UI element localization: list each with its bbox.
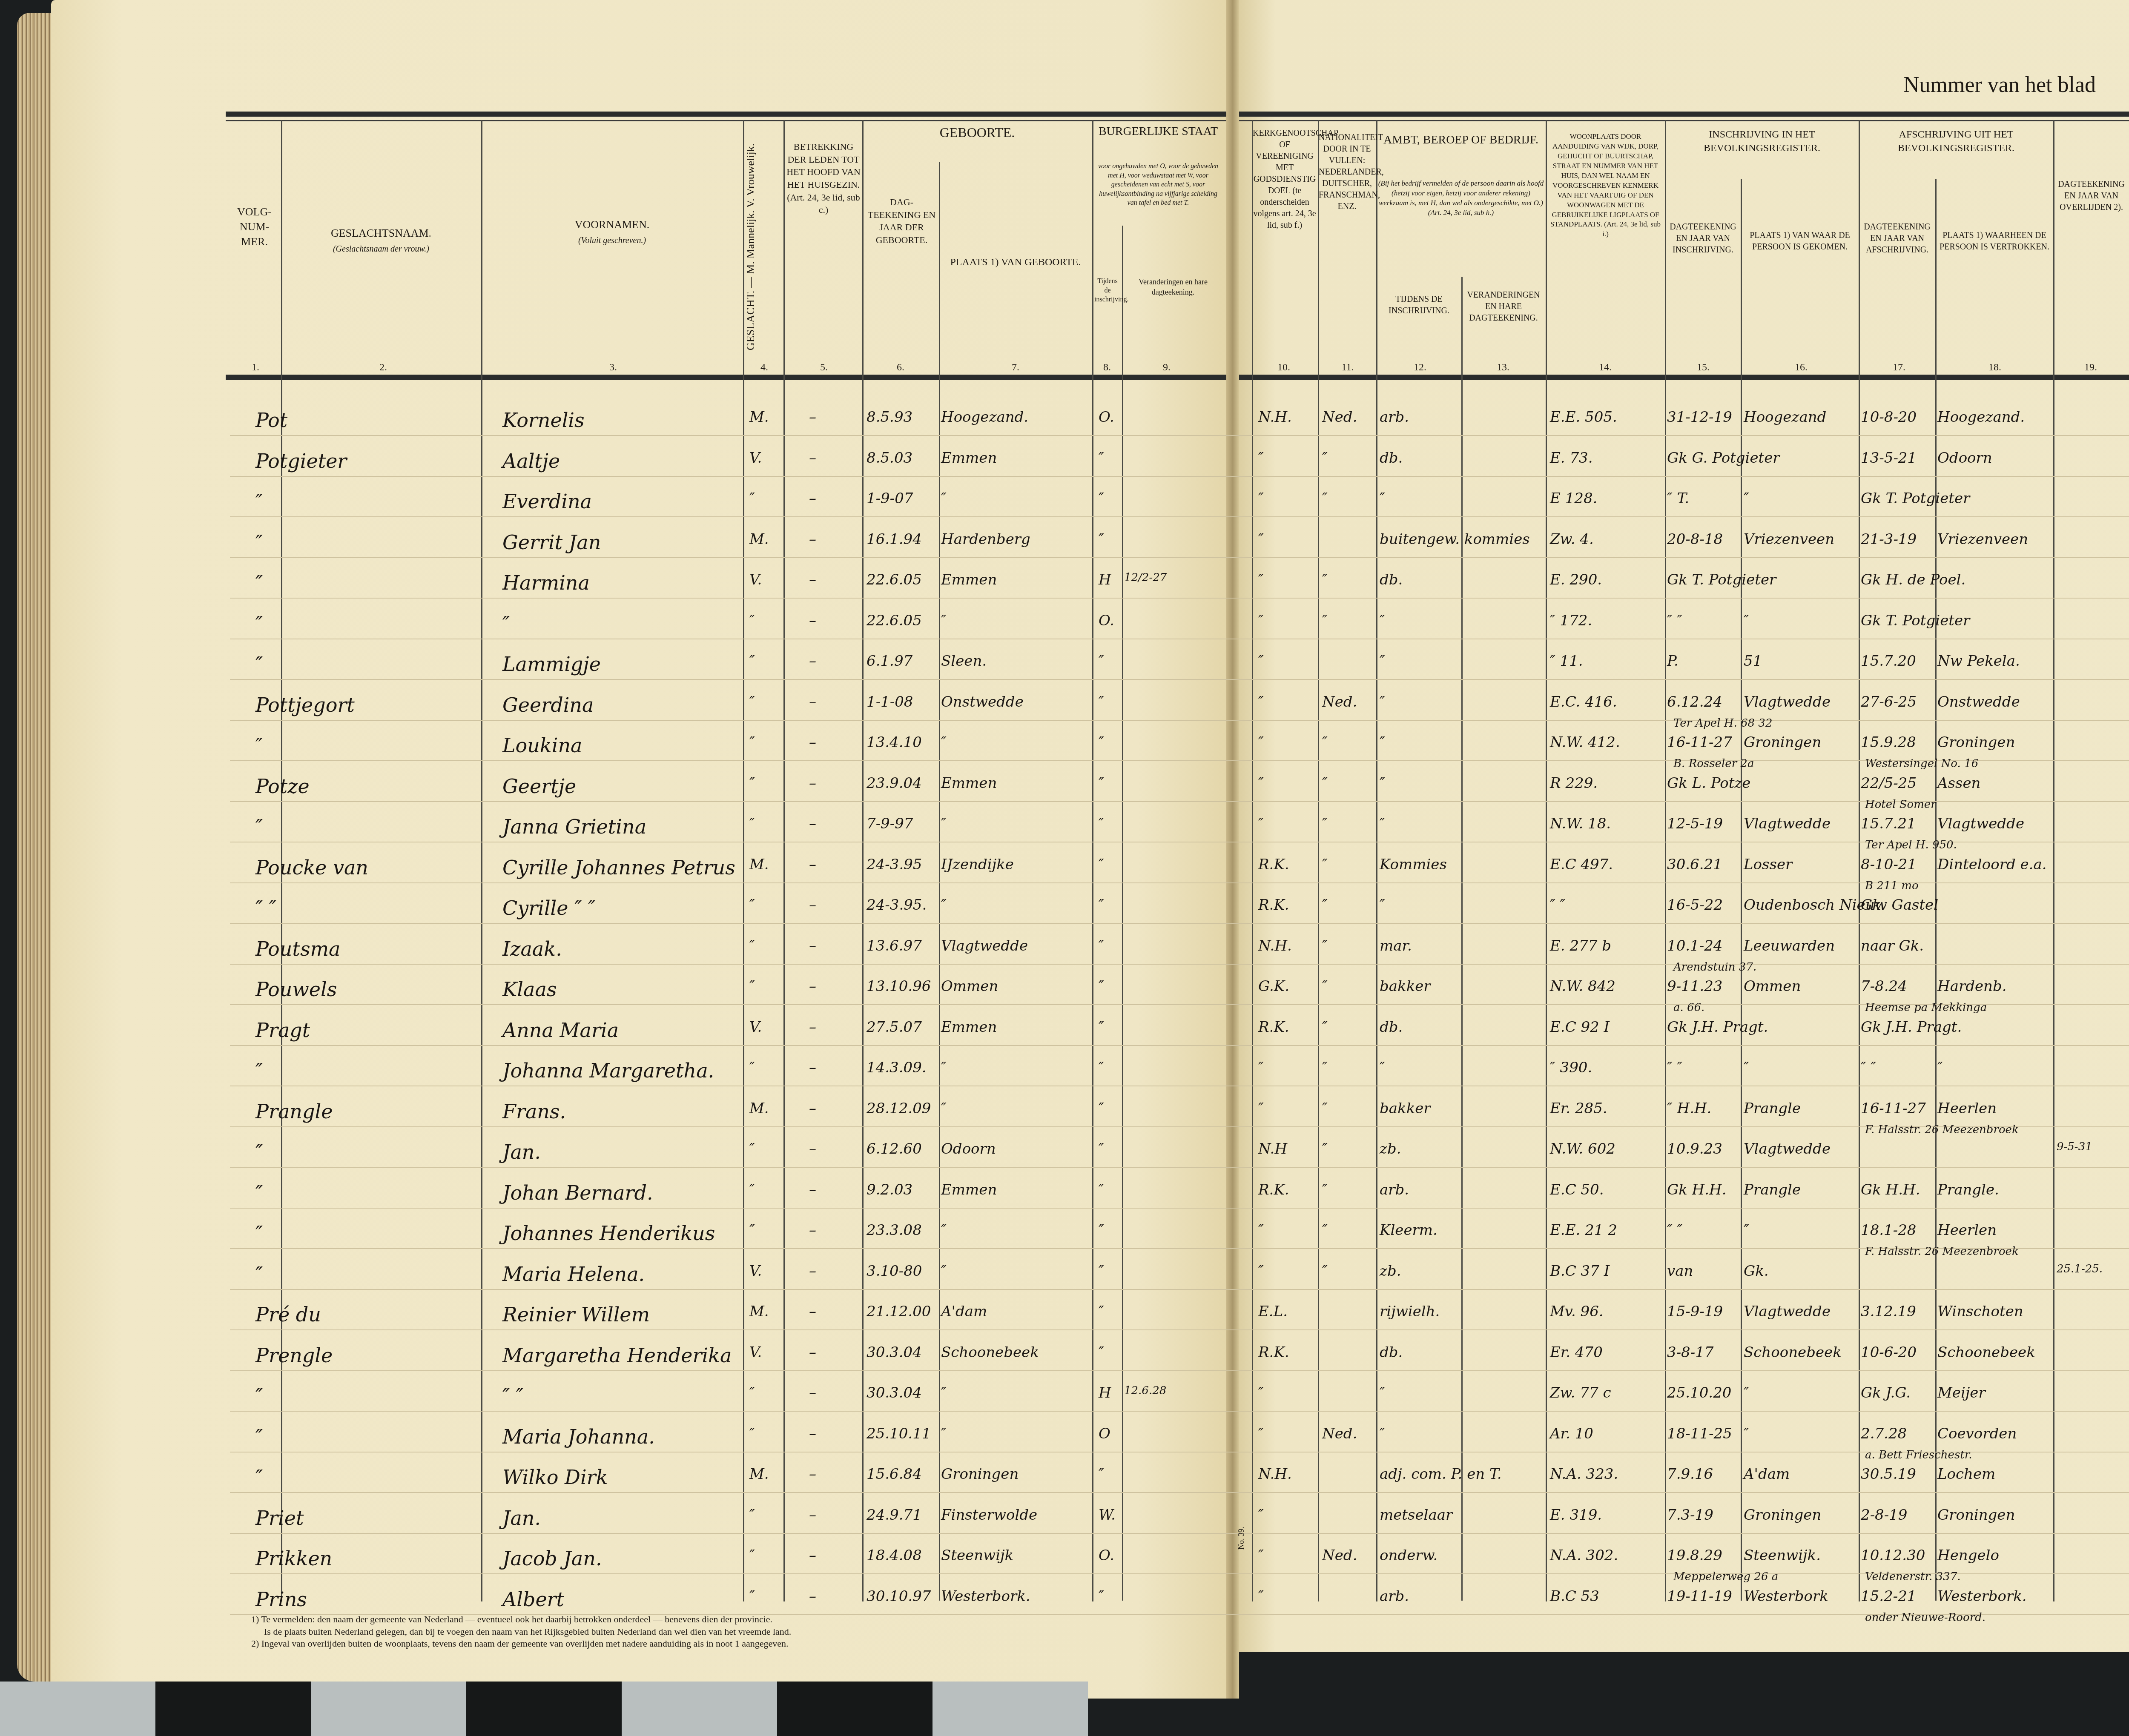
cell-rel: – — [809, 1019, 816, 1036]
cell-civ: ″ — [1099, 653, 1104, 670]
cell-nat: ″ — [1322, 815, 1328, 832]
cell-address: E. 290. — [1550, 571, 1602, 588]
cell-occ: ″ — [1380, 1059, 1385, 1076]
cell-in-from: Vlagtwedde — [1744, 1303, 1831, 1320]
cell-out-to: Nw Pekela. — [1937, 653, 2020, 670]
cell-surname: Prins — [255, 1588, 307, 1611]
cell-sex: M. — [749, 531, 769, 548]
cell-church: ″ — [1258, 1059, 1264, 1076]
cell-occ: db. — [1380, 571, 1403, 588]
cell-in-note: Meppelerweg 26 a — [1673, 1570, 1778, 1583]
cell-first: Jacob Jan. — [502, 1547, 602, 1570]
col-number: 5. — [807, 362, 841, 373]
col-number: 19. — [2074, 362, 2108, 373]
cell-in-from: Hoogezand — [1744, 409, 1826, 426]
cell-sex: ″ — [749, 1425, 755, 1442]
col-number: 2. — [366, 362, 400, 373]
cell-sex: ″ — [749, 1507, 755, 1524]
cell-surname: ″ — [255, 1466, 263, 1489]
cell-civ-change: 12/2-27 — [1124, 571, 1167, 584]
col-divider — [481, 120, 482, 1601]
cell-in-date: ″ T. — [1667, 490, 1689, 507]
header-woonplaats: WOONPLAATS DOOR AANDUIDING VAN WIJK, DOR… — [1547, 132, 1664, 239]
cell-sex: ″ — [749, 490, 755, 507]
header-geslacht: GESLACHT. — M. Mannelijk. V. Vrouwelijk. — [743, 128, 783, 366]
col-divider — [1092, 120, 1093, 1601]
cell-nat: ″ — [1322, 856, 1328, 873]
cell-out-to: Vriezenveen — [1937, 531, 2028, 548]
cell-address: N.A. 302. — [1550, 1547, 1618, 1564]
cell-church: ″ — [1258, 1425, 1264, 1442]
cell-rel: – — [809, 1588, 816, 1605]
cell-out-to: Dinteloord e.a. — [1937, 856, 2046, 873]
cell-nat: ″ — [1322, 1263, 1328, 1280]
cell-sex: ″ — [749, 775, 755, 792]
cell-civ: ″ — [1099, 1303, 1104, 1320]
cell-out-date: ″ ″ — [1861, 1059, 1876, 1076]
cell-in-from: Vlagtwedde — [1744, 815, 1831, 832]
cell-out-note: onder Nieuwe-Roord. — [1865, 1611, 1986, 1624]
row-ruling — [230, 1248, 2129, 1249]
cell-surname: ″ — [255, 1263, 263, 1286]
row-ruling — [230, 1086, 2129, 1086]
col-divider — [1741, 179, 1742, 1601]
cell-occ: adj. com. P. en T. — [1380, 1466, 1501, 1483]
cell-civ: ″ — [1099, 815, 1104, 832]
col-divider — [1546, 120, 1547, 1601]
cell-surname: ″ — [255, 815, 263, 838]
cell-occ: arb. — [1380, 409, 1409, 426]
cell-out-note: F. Halsstr. 26 Meezenbroek — [1865, 1245, 2019, 1258]
cell-surname: Priet — [255, 1507, 304, 1530]
cell-out-date: 13-5-21 — [1861, 450, 1917, 467]
cell-out-date: naar Gk. — [1861, 937, 1924, 954]
cell-bdate: 21.12.00 — [867, 1303, 931, 1320]
cell-civ: O. — [1099, 409, 1114, 426]
cell-church: ″ — [1258, 1507, 1264, 1524]
cell-bplace: ″ — [941, 1384, 947, 1401]
cell-address: ″ 11. — [1550, 653, 1583, 670]
cell-bplace: ″ — [941, 1222, 947, 1239]
cell-civ: ″ — [1099, 1019, 1104, 1036]
cell-civ: ″ — [1099, 1222, 1104, 1239]
cell-sex: V. — [749, 571, 762, 588]
cell-in-from: Ommen — [1744, 978, 1801, 995]
cell-occ: ″ — [1380, 897, 1385, 914]
cell-out-date: 18.1-28 — [1861, 1222, 1916, 1239]
cell-sex: ″ — [749, 978, 755, 995]
cell-in-note: a. 66. — [1673, 1001, 1704, 1014]
cell-nat: Ned. — [1322, 409, 1357, 426]
cell-bplace: ″ — [941, 734, 947, 751]
cell-out-to: Vlagtwedde — [1937, 815, 2024, 832]
cell-sex: V. — [749, 1019, 762, 1036]
cell-civ: ″ — [1099, 897, 1104, 914]
cell-out-note: F. Halsstr. 26 Meezenbroek — [1865, 1123, 2019, 1136]
cell-in-date: Gk J.H. Pragt. — [1667, 1019, 1768, 1036]
cell-occ: ″ — [1380, 693, 1385, 710]
cell-address: N.W. 842 — [1550, 978, 1615, 995]
cell-surname: Pot — [255, 409, 287, 432]
cell-first: Albert — [502, 1588, 564, 1611]
cell-bplace: ″ — [941, 1100, 947, 1117]
col-divider — [783, 120, 785, 1601]
cell-civ: H — [1099, 1384, 1111, 1401]
cell-first: Jan. — [502, 1507, 541, 1530]
col-divider — [1935, 179, 1937, 1601]
cell-died: 25.1-25. — [2057, 1263, 2103, 1275]
cell-bdate: 9.2.03 — [867, 1181, 912, 1198]
cell-church: ″ — [1258, 775, 1264, 792]
row-ruling — [230, 720, 2129, 721]
col-divider — [2053, 120, 2054, 1601]
col-number: 16. — [1784, 362, 1818, 373]
cell-address: N.A. 323. — [1550, 1466, 1618, 1483]
cell-rel: – — [809, 450, 816, 467]
header-geboorte-plaats: PLAATS 1) VAN GEBOORTE. — [941, 255, 1090, 269]
row-ruling — [230, 1370, 2129, 1371]
cell-out-to: Groningen — [1937, 734, 2015, 751]
cell-bdate: 1-9-07 — [867, 490, 913, 507]
cell-civ: ″ — [1099, 1181, 1104, 1198]
cell-address: E.C 50. — [1550, 1181, 1604, 1198]
cell-bplace: Sleen. — [941, 653, 987, 670]
cell-surname: ″ — [255, 734, 263, 757]
col-number: 13. — [1486, 362, 1520, 373]
cell-civ: O — [1099, 1425, 1110, 1442]
cell-occ: ″ — [1380, 1384, 1385, 1401]
cell-out-date: 27-6-25 — [1861, 693, 1917, 710]
cell-civ: O. — [1099, 1547, 1114, 1564]
cell-surname: ″ ″ — [255, 897, 276, 920]
cell-surname: Prengle — [255, 1344, 333, 1367]
cell-in-from: ″ — [1744, 1384, 1749, 1401]
cell-in-date: 15-9-19 — [1667, 1303, 1723, 1320]
cell-out-date: 30.5.19 — [1861, 1466, 1916, 1483]
cell-first: ″ ″ — [502, 1384, 523, 1407]
cell-first: Johannes Henderikus — [502, 1222, 715, 1245]
cell-rel: – — [809, 937, 816, 954]
cell-out-note: Ter Apel H. 950. — [1865, 839, 1957, 851]
cell-out-date: 15.2-21 — [1861, 1588, 1916, 1605]
cell-first: Wilko Dirk — [502, 1466, 608, 1489]
cell-occ: db. — [1380, 1344, 1403, 1361]
header-kerkgenootschap: KERKGENOOTSCHAP OF VEREENIGING MET GODSD… — [1253, 128, 1317, 231]
row-ruling — [230, 842, 2129, 842]
row-ruling — [230, 923, 2129, 924]
cell-in-date: 19-11-19 — [1667, 1588, 1732, 1605]
cell-in-date: 7.3-19 — [1667, 1507, 1713, 1524]
header-volgnummer: VOLG-NUM-MER. — [230, 204, 279, 249]
cell-occ: buitengew. kommies — [1380, 531, 1530, 548]
cell-bplace: Vlagtwedde — [941, 937, 1028, 954]
cell-nat: Ned. — [1322, 693, 1357, 710]
cell-died: 9-5-31 — [2057, 1140, 2092, 1153]
cell-in-from: Prangle — [1744, 1100, 1801, 1117]
cell-bplace: ″ — [941, 1059, 947, 1076]
cell-surname: Poutsma — [255, 937, 341, 960]
cell-in-from: ″ — [1744, 490, 1749, 507]
cell-rel: – — [809, 1384, 816, 1401]
cell-out-date: 15.7.20 — [1861, 653, 1916, 670]
cell-surname: ″ — [255, 653, 263, 676]
cell-church: E.L. — [1258, 1303, 1288, 1320]
cell-civ: ″ — [1099, 1344, 1104, 1361]
col-divider — [1859, 120, 1860, 1601]
cell-church: N.H. — [1258, 1466, 1292, 1483]
cell-first: Reinier Willem — [502, 1303, 650, 1326]
cell-sex: V. — [749, 1344, 762, 1361]
row-ruling — [230, 1492, 2129, 1493]
cell-civ-change: 12.6.28 — [1124, 1384, 1166, 1397]
row-ruling — [230, 1533, 2129, 1534]
cell-in-from: Gk. — [1744, 1263, 1769, 1280]
cell-in-date: 30.6.21 — [1667, 856, 1722, 873]
cell-bdate: 15.6.84 — [867, 1466, 922, 1483]
cell-occ: ″ — [1380, 1425, 1385, 1442]
cell-civ: ″ — [1099, 1140, 1104, 1157]
cell-occ: mar. — [1380, 937, 1412, 954]
cell-bplace: Hardenberg — [941, 531, 1030, 548]
col-number: 10. — [1267, 362, 1301, 373]
footnote-1: 1) Te vermelden: den naam der gemeente v… — [251, 1613, 791, 1626]
cell-rel: – — [809, 734, 816, 751]
cell-out-date: 22/5-25 — [1861, 775, 1917, 792]
cell-bdate: 13.6.97 — [867, 937, 922, 954]
header-burgerlijke-staat-note: voor ongehuwden met O, voor de gehuwden … — [1094, 162, 1222, 208]
cell-bdate: 13.4.10 — [867, 734, 922, 751]
cell-bdate: 28.12.09 — [867, 1100, 931, 1117]
cell-in-from: Groningen — [1744, 1507, 1821, 1524]
cell-in-from: Losser — [1744, 856, 1792, 873]
cell-nat: ″ — [1322, 1059, 1328, 1076]
cell-in-from: Oudenbosch Nieuw Gastel — [1744, 897, 1938, 914]
cell-civ: ″ — [1099, 693, 1104, 710]
cell-out-note: B 211 mo — [1865, 879, 1919, 892]
row-ruling — [230, 516, 2129, 517]
cell-in-from: 51 — [1744, 653, 1762, 670]
cell-in-date: Gk H.H. — [1667, 1181, 1727, 1198]
cell-bplace: Emmen — [941, 571, 997, 588]
cell-civ: ″ — [1099, 1588, 1104, 1605]
cell-first: Everdina — [502, 490, 592, 513]
cell-bdate: 27.5.07 — [867, 1019, 922, 1036]
cell-bplace: ″ — [941, 490, 947, 507]
book-spine — [1226, 0, 1239, 1699]
cell-address: R 229. — [1550, 775, 1598, 792]
cell-church: ″ — [1258, 1263, 1264, 1280]
cell-occ: onderw. — [1380, 1547, 1438, 1564]
row-ruling — [230, 1329, 2129, 1330]
cell-in-from: ″ — [1744, 1059, 1749, 1076]
cell-in-from: Westerbork — [1744, 1588, 1828, 1605]
cell-occ: zb. — [1380, 1263, 1401, 1280]
cell-sex: ″ — [749, 1181, 755, 1198]
cell-surname: Pottjegort — [255, 693, 355, 716]
cell-rel: – — [809, 856, 816, 873]
cell-address: E.C. 416. — [1550, 693, 1617, 710]
cell-bplace: Emmen — [941, 1019, 997, 1036]
cell-surname: ″ — [255, 1425, 263, 1448]
cell-rel: – — [809, 490, 816, 507]
cell-address: E 128. — [1550, 490, 1597, 507]
cell-out-to: Coevorden — [1937, 1425, 2017, 1442]
header-voornamen: VOORNAMEN.(Voluit geschreven.) — [483, 217, 741, 247]
row-ruling — [230, 1573, 2129, 1574]
cell-first: Lammigje — [502, 653, 601, 676]
cell-address: E. 319. — [1550, 1507, 1602, 1524]
cell-bplace: ″ — [941, 815, 947, 832]
row-ruling — [230, 1208, 2129, 1209]
header-overlijden: DAGTEEKENING EN JAAR VAN OVERLIJDEN 2). — [2054, 179, 2128, 213]
cell-rel: – — [809, 1547, 816, 1564]
cell-bplace: Ommen — [941, 978, 998, 995]
cell-in-date: ″ ″ — [1667, 612, 1682, 629]
cell-rel: – — [809, 1059, 816, 1076]
cell-civ: O. — [1099, 612, 1114, 629]
cell-rel: – — [809, 815, 816, 832]
cell-out-note: Hotel Somer — [1865, 798, 1936, 811]
cell-in-date: ″ ″ — [1667, 1222, 1682, 1239]
header-rule-top-right — [1239, 112, 2129, 117]
cell-out-date: Gk J.H. Pragt. — [1861, 1019, 1962, 1036]
cell-surname: Potze — [255, 775, 310, 798]
cell-surname: Potgieter — [255, 450, 347, 473]
cell-church: N.H — [1258, 1140, 1287, 1157]
cell-bplace: ″ — [941, 897, 947, 914]
row-ruling — [230, 1167, 2129, 1168]
row-ruling — [230, 801, 2129, 802]
cell-civ: ″ — [1099, 1100, 1104, 1117]
cell-bdate: 22.6.05 — [867, 612, 922, 629]
header-burgerlijke-staat: BURGERLIJKE STAAT — [1094, 123, 1222, 140]
cell-civ: ″ — [1099, 734, 1104, 751]
cell-bdate: 30.3.04 — [867, 1344, 922, 1361]
cell-in-date: 9-11.23 — [1667, 978, 1722, 995]
cell-rel: – — [809, 693, 816, 710]
cell-civ: ″ — [1099, 937, 1104, 954]
header-inschrijving-datum: DAGTEEKENING EN JAAR VAN INSCHRIJVING. — [1666, 221, 1740, 256]
header-rule-bottom-left — [226, 375, 1226, 380]
cell-out-to: Hoogezand. — [1937, 409, 2025, 426]
cell-address: E. 277 b — [1550, 937, 1611, 954]
cell-out-date: Gk J.G. — [1861, 1384, 1911, 1401]
cell-church: ″ — [1258, 653, 1264, 670]
cell-church: N.H. — [1258, 937, 1292, 954]
header-afschrijving-datum: DAGTEEKENING EN JAAR VAN AFSCHRIJVING. — [1860, 221, 1934, 256]
cell-in-date: Gk L. Potze — [1667, 775, 1750, 792]
cell-address: Mv. 96. — [1550, 1303, 1604, 1320]
cell-out-date: 16-11-27 — [1861, 1100, 1926, 1117]
cell-sex: ″ — [749, 1059, 755, 1076]
cell-sex: V. — [749, 1263, 762, 1280]
row-ruling — [230, 435, 2129, 436]
cell-sex: ″ — [749, 693, 755, 710]
cell-civ: ″ — [1099, 1263, 1104, 1280]
cell-occ: ″ — [1380, 653, 1385, 670]
cell-in-from: A'dam — [1744, 1466, 1790, 1483]
cell-sex: M. — [749, 409, 769, 426]
cell-bdate: 30.10.97 — [867, 1588, 931, 1605]
cell-rel: – — [809, 1344, 816, 1361]
cell-sex: ″ — [749, 1588, 755, 1605]
cell-occ: ″ — [1380, 734, 1385, 751]
col-divider — [862, 120, 864, 1601]
cell-out-date: 10.12.30 — [1861, 1547, 1925, 1564]
row-ruling — [230, 882, 2129, 883]
cell-first: Cyrille Johannes Petrus — [502, 856, 735, 879]
cell-occ: ″ — [1380, 775, 1385, 792]
col-number: 7. — [999, 362, 1033, 373]
header-afschrijving-group: AFSCHRIJVING UIT HET BEVOLKINGSREGISTER. — [1860, 128, 2052, 155]
cell-civ: ″ — [1099, 775, 1104, 792]
cell-in-date: 19.8.29 — [1667, 1547, 1722, 1564]
cell-rel: – — [809, 1140, 816, 1157]
cell-church: R.K. — [1258, 1344, 1289, 1361]
cell-in-date: ″ H.H. — [1667, 1100, 1711, 1117]
cell-bplace: Steenwijk — [941, 1547, 1013, 1564]
cell-church: ″ — [1258, 1384, 1264, 1401]
cell-nat: ″ — [1322, 612, 1328, 629]
cell-bdate: 14.3.09. — [867, 1059, 927, 1076]
cell-bplace: Odoorn — [941, 1140, 996, 1157]
cell-church: ″ — [1258, 815, 1264, 832]
col-number: 18. — [1978, 362, 2012, 373]
cell-church: ″ — [1258, 571, 1264, 588]
cell-out-date: 7-8.24 — [1861, 978, 1907, 995]
cell-out-date: 8-10-21 — [1861, 856, 1917, 873]
cell-out-to: Heerlen — [1937, 1100, 1997, 1117]
header-nationaliteit: NATIONALITEIT DOOR IN TE VULLEN: NEDERLA… — [1319, 132, 1375, 212]
cell-sex: V. — [749, 450, 762, 467]
cell-rel: – — [809, 1181, 816, 1198]
cell-first: Janna Grietina — [502, 815, 646, 838]
cell-church: ″ — [1258, 1222, 1264, 1239]
cell-sex: ″ — [749, 1222, 755, 1239]
cell-bdate: 6.12.60 — [867, 1140, 922, 1157]
cell-first: Harmina — [502, 571, 590, 594]
cell-nat: ″ — [1322, 897, 1328, 914]
cell-first: Aaltje — [502, 450, 560, 473]
cell-in-date: 7.9.16 — [1667, 1466, 1713, 1483]
row-ruling — [230, 1411, 2129, 1412]
cell-out-to: Assen — [1937, 775, 1980, 792]
row-ruling — [230, 598, 2129, 599]
cell-surname: Pouwels — [255, 978, 337, 1001]
cell-in-from: Leeuwarden — [1744, 937, 1835, 954]
cell-in-date: 20-8-18 — [1667, 531, 1723, 548]
cell-address: ″ ″ — [1550, 897, 1565, 914]
cell-bdate: 23.9.04 — [867, 775, 922, 792]
cell-out-to: Odoorn — [1937, 450, 1992, 467]
cell-sex: ″ — [749, 815, 755, 832]
cell-address: Zw. 77 c — [1550, 1384, 1611, 1401]
cell-surname: Pragt — [255, 1019, 310, 1042]
cell-address: E.C 92 I — [1550, 1019, 1610, 1036]
cell-address: N.W. 18. — [1550, 815, 1611, 832]
cell-rel: – — [809, 1263, 816, 1280]
cell-sex: ″ — [749, 612, 755, 629]
cell-surname: ″ — [255, 1222, 263, 1245]
cell-rel: – — [809, 1466, 816, 1483]
cell-bplace: A'dam — [941, 1303, 987, 1320]
cell-church: N.H. — [1258, 409, 1292, 426]
col-divider — [1665, 120, 1666, 1601]
cell-in-from: Steenwijk. — [1744, 1547, 1821, 1564]
cell-bdate: 30.3.04 — [867, 1384, 922, 1401]
cell-nat: ″ — [1322, 1181, 1328, 1198]
cell-in-date: 12-5-19 — [1667, 815, 1723, 832]
